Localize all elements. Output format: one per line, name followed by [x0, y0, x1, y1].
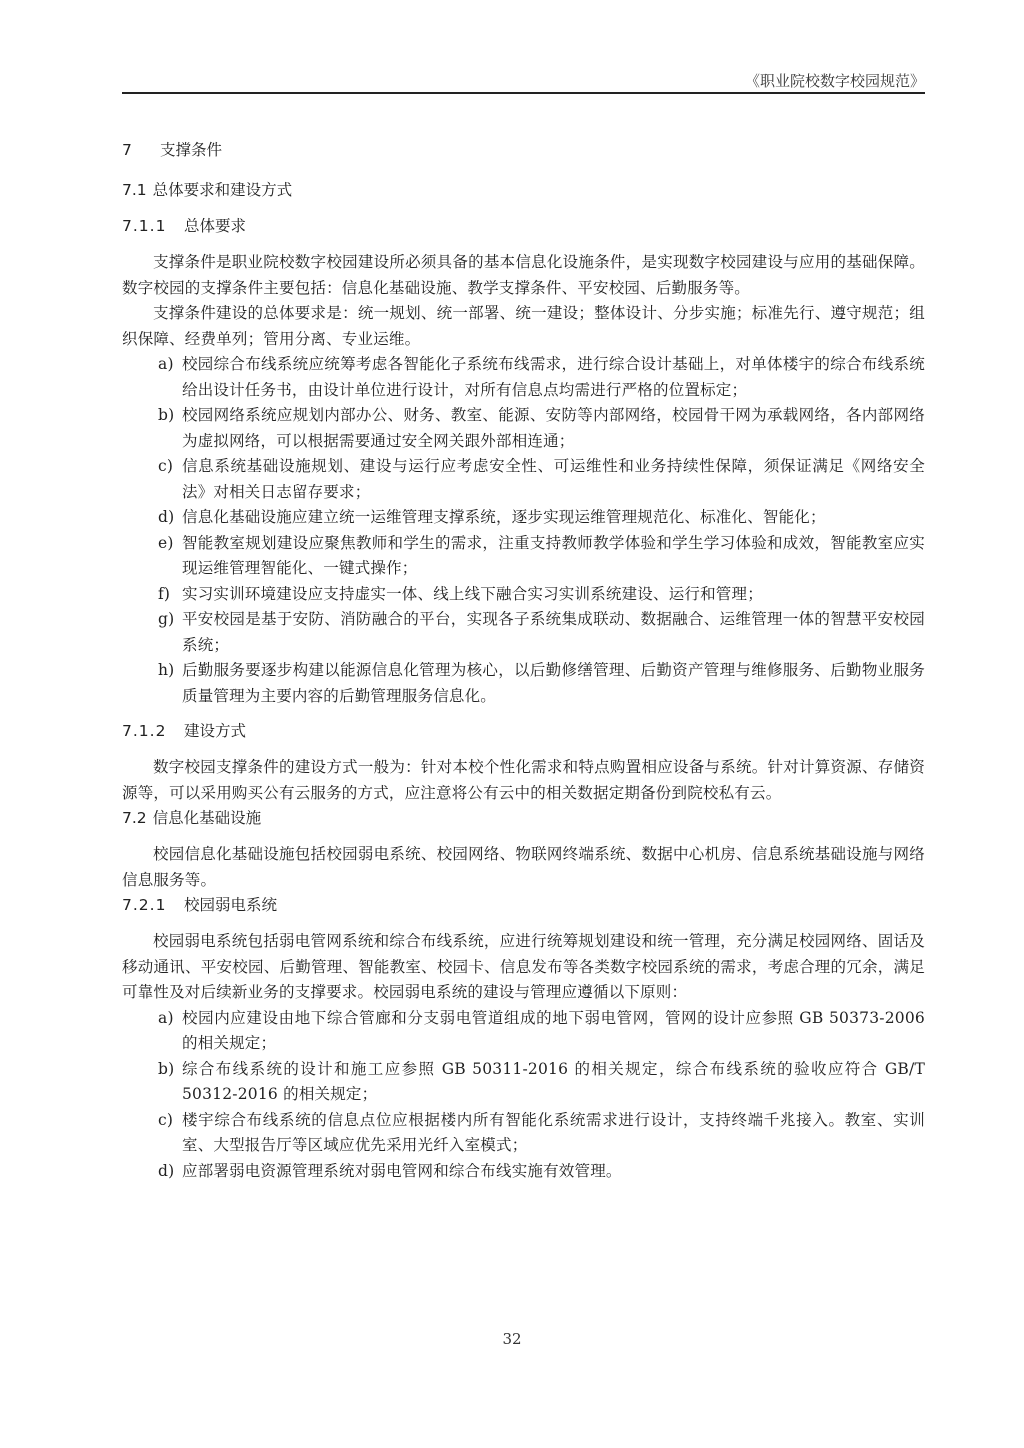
chapter-title: 支撑条件	[160, 141, 222, 159]
list-marker: b)	[158, 1057, 174, 1083]
list-item-text: 实习实训环境建设应支持虚实一体、线上线下融合实习实训系统建设、运行和管理；	[182, 585, 763, 603]
list-item-text: 楼宇综合布线系统的信息点位应根据楼内所有智能化系统需求进行设计，支持终端千兆接入…	[182, 1111, 925, 1155]
page-number: 32	[0, 1330, 1024, 1348]
list-marker: b)	[158, 403, 174, 429]
list-item: e)智能教室规划建设应聚焦教师和学生的需求，注重支持教师教学体验和学生学习体验和…	[122, 531, 925, 582]
subsection-heading-7-1-1: 7.1.1总体要求	[122, 214, 925, 250]
list-marker: a)	[158, 1006, 174, 1032]
list-item: d)信息化基础设施应建立统一运维管理支撑系统，逐步实现运维管理规范化、标准化、智…	[122, 505, 925, 531]
paragraph: 校园信息化基础设施包括校园弱电系统、校园网络、物联网终端系统、数据中心机房、信息…	[122, 842, 925, 893]
paragraph: 校园弱电系统包括弱电管网系统和综合布线系统，应进行统筹规划建设和统一管理，充分满…	[122, 929, 925, 1006]
list-item-text: 校园内应建设由地下综合管廊和分支弱电管道组成的地下弱电管网，管网的设计应参照 G…	[182, 1009, 925, 1053]
running-header: 《职业院校数字校园规范》	[122, 70, 925, 91]
subsection-title: 校园弱电系统	[184, 896, 277, 914]
list-marker: c)	[158, 1108, 173, 1134]
section-title: 总体要求和建设方式	[153, 181, 293, 199]
principles-list: a)校园内应建设由地下综合管廊和分支弱电管道组成的地下弱电管网，管网的设计应参照…	[122, 1006, 925, 1185]
list-item: h)后勤服务要逐步构建以能源信息化管理为核心，以后勤修缮管理、后勤资产管理与维修…	[122, 658, 925, 709]
list-item: a)校园综合布线系统应统筹考虑各智能化子系统布线需求，进行综合设计基础上，对单体…	[122, 352, 925, 403]
list-marker: a)	[158, 352, 174, 378]
subsection-number: 7.1.2	[122, 719, 184, 743]
list-item: g)平安校园是基于安防、消防融合的平台，实现各子系统集成联动、数据融合、运维管理…	[122, 607, 925, 658]
list-item-text: 信息系统基础设施规划、建设与运行应考虑安全性、可运维性和业务持续性保障，须保证满…	[182, 457, 925, 501]
list-marker: g)	[158, 607, 174, 633]
paragraph: 支撑条件是职业院校数字校园建设所必须具备的基本信息化设施条件，是实现数字校园建设…	[122, 250, 925, 301]
list-marker: d)	[158, 505, 174, 531]
section-heading-7-2: 7.2信息化基础设施	[122, 806, 925, 842]
chapter-heading: 7支撑条件	[122, 138, 925, 178]
requirements-list: a)校园综合布线系统应统筹考虑各智能化子系统布线需求，进行综合设计基础上，对单体…	[122, 352, 925, 709]
chapter-number: 7	[122, 138, 160, 162]
list-item-text: 应部署弱电资源管理系统对弱电管网和综合布线实施有效管理。	[182, 1162, 622, 1180]
subsection-number: 7.2.1	[122, 893, 184, 917]
list-marker: f)	[158, 582, 170, 608]
section-number: 7.2	[122, 809, 147, 827]
subsection-heading-7-2-1: 7.2.1校园弱电系统	[122, 893, 925, 929]
list-item: a)校园内应建设由地下综合管廊和分支弱电管道组成的地下弱电管网，管网的设计应参照…	[122, 1006, 925, 1057]
list-item: b)综合布线系统的设计和施工应参照 GB 50311-2016 的相关规定，综合…	[122, 1057, 925, 1108]
subsection-title: 总体要求	[184, 217, 246, 235]
paragraph: 支撑条件建设的总体要求是：统一规划、统一部署、统一建设；整体设计、分步实施；标准…	[122, 301, 925, 352]
list-item-text: 校园网络系统应规划内部办公、财务、教室、能源、安防等内部网络，校园骨干网为承载网…	[182, 406, 925, 450]
list-item-text: 信息化基础设施应建立统一运维管理支撑系统，逐步实现运维管理规范化、标准化、智能化…	[182, 508, 826, 526]
header-rule	[122, 92, 925, 94]
list-item-text: 综合布线系统的设计和施工应参照 GB 50311-2016 的相关规定，综合布线…	[182, 1060, 925, 1104]
list-item-text: 校园综合布线系统应统筹考虑各智能化子系统布线需求，进行综合设计基础上，对单体楼宇…	[182, 355, 925, 399]
list-item-text: 平安校园是基于安防、消防融合的平台，实现各子系统集成联动、数据融合、运维管理一体…	[182, 610, 925, 654]
section-heading-7-1: 7.1总体要求和建设方式	[122, 178, 925, 214]
paragraph: 数字校园支撑条件的建设方式一般为：针对本校个性化需求和特点购置相应设备与系统。针…	[122, 755, 925, 806]
list-item: d)应部署弱电资源管理系统对弱电管网和综合布线实施有效管理。	[122, 1159, 925, 1185]
list-item-text: 智能教室规划建设应聚焦教师和学生的需求，注重支持教师教学体验和学生学习体验和成效…	[182, 534, 925, 578]
list-item-text: 后勤服务要逐步构建以能源信息化管理为核心，以后勤修缮管理、后勤资产管理与维修服务…	[182, 661, 925, 705]
list-item: c)楼宇综合布线系统的信息点位应根据楼内所有智能化系统需求进行设计，支持终端千兆…	[122, 1108, 925, 1159]
list-marker: h)	[158, 658, 174, 684]
page-body: 7支撑条件 7.1总体要求和建设方式 7.1.1总体要求 支撑条件是职业院校数字…	[122, 138, 925, 1184]
list-item: c)信息系统基础设施规划、建设与运行应考虑安全性、可运维性和业务持续性保障，须保…	[122, 454, 925, 505]
list-marker: c)	[158, 454, 173, 480]
list-item: f)实习实训环境建设应支持虚实一体、线上线下融合实习实训系统建设、运行和管理；	[122, 582, 925, 608]
section-title: 信息化基础设施	[153, 809, 262, 827]
subsection-heading-7-1-2: 7.1.2建设方式	[122, 719, 925, 755]
list-marker: e)	[158, 531, 174, 557]
section-number: 7.1	[122, 181, 147, 199]
list-marker: d)	[158, 1159, 174, 1185]
subsection-title: 建设方式	[184, 722, 246, 740]
subsection-number: 7.1.1	[122, 214, 184, 238]
list-item: b)校园网络系统应规划内部办公、财务、教室、能源、安防等内部网络，校园骨干网为承…	[122, 403, 925, 454]
